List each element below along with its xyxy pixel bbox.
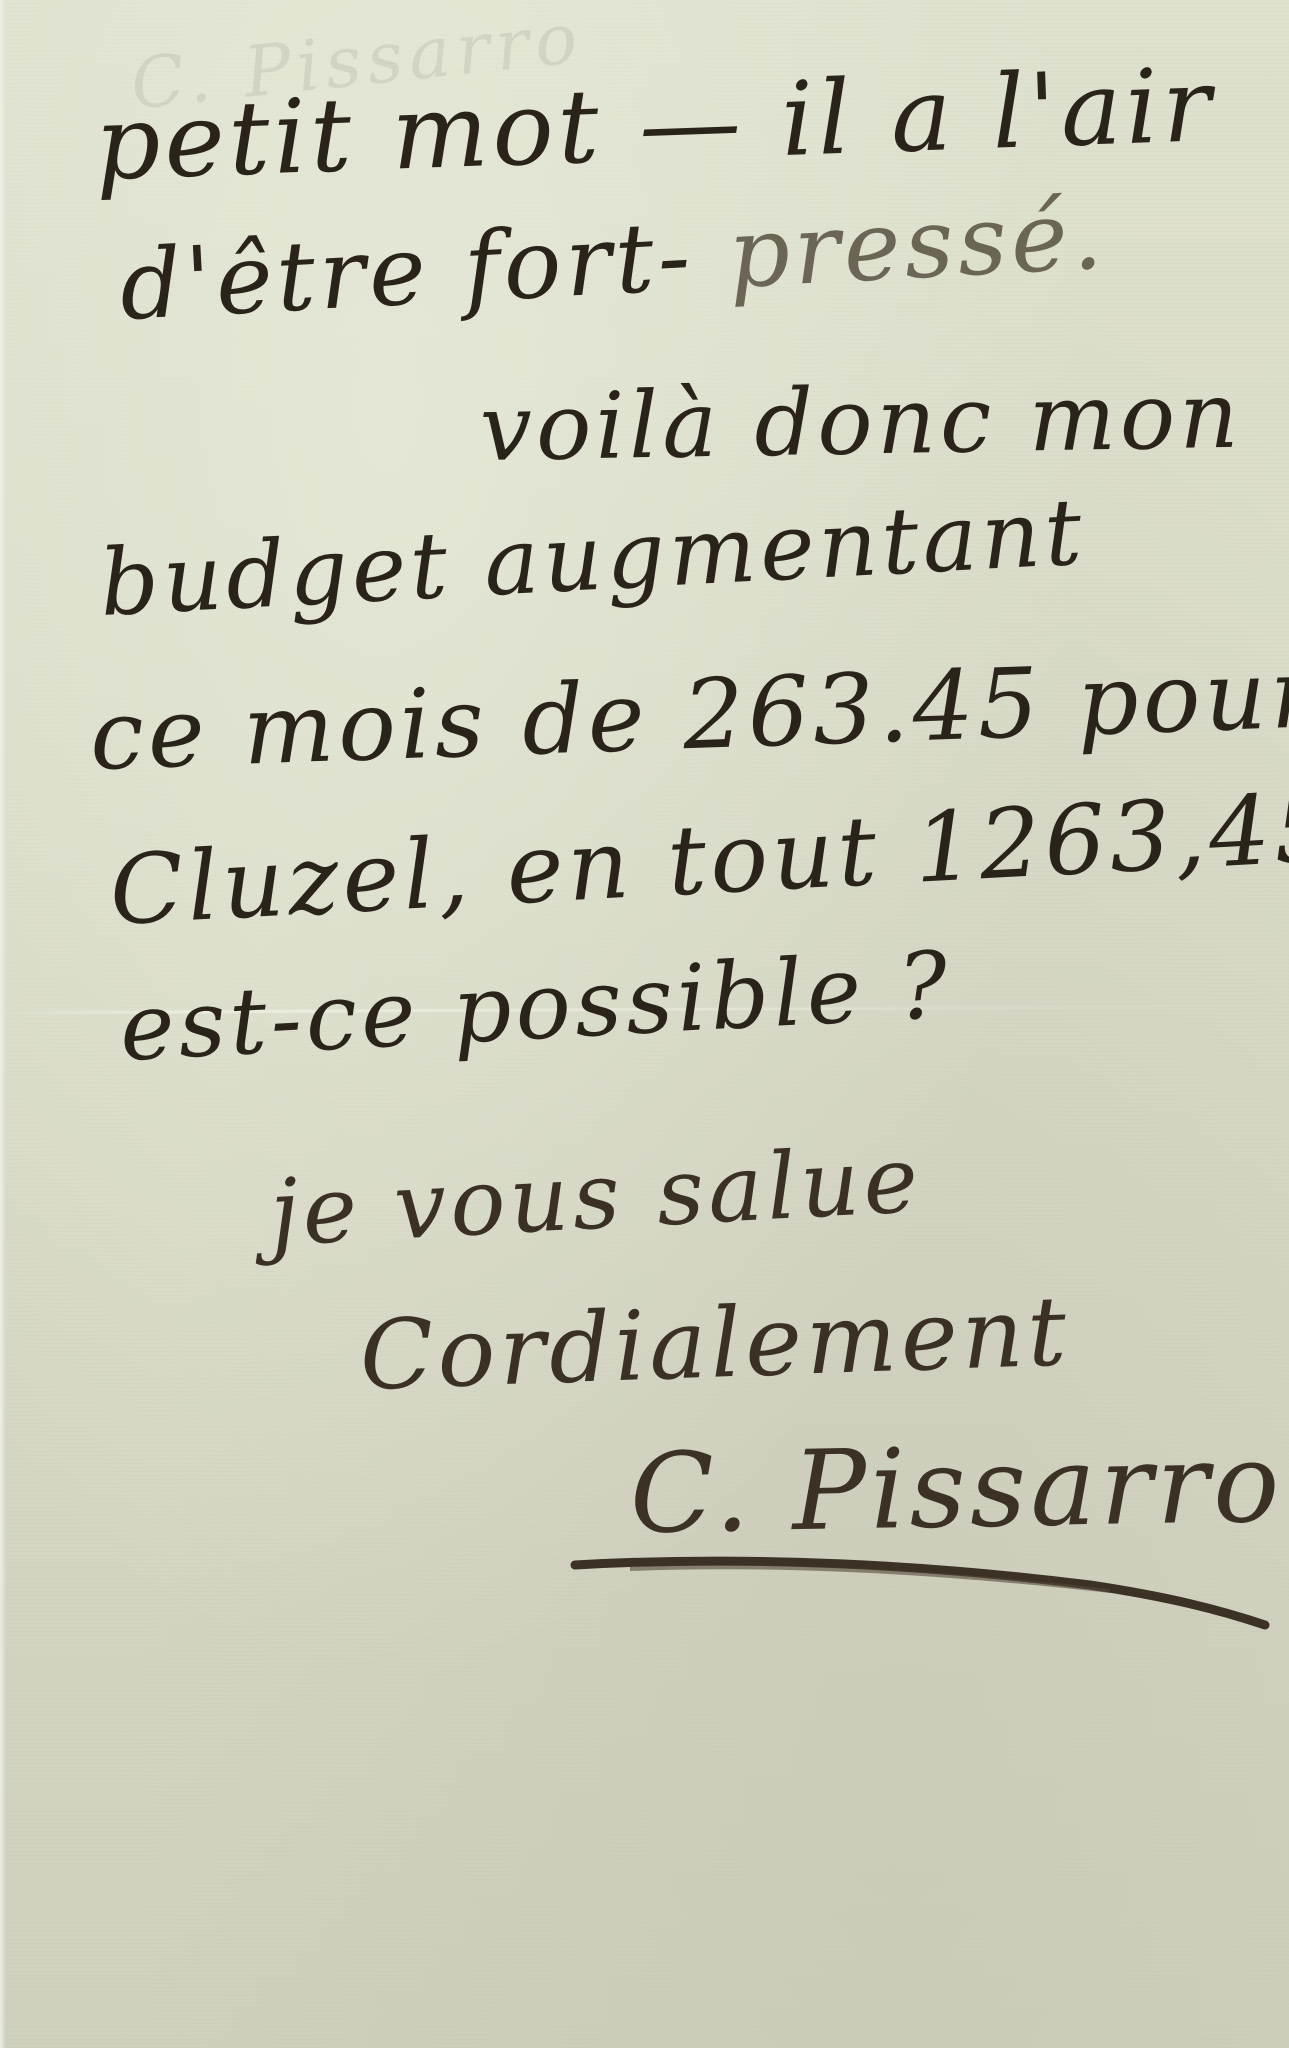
letter-line-2: d'être fort- pressé.: [117, 178, 1109, 342]
closing-line-2: Cordialement: [358, 1275, 1072, 1412]
letter-line-5: ce mois de 263.45 pour: [88, 637, 1289, 792]
letter-line-2-faint: pressé.: [725, 178, 1108, 310]
letter-line-4: budget augmentant: [97, 478, 1088, 636]
letter-page: C. Pissarro petit mot — il a l'air d'êtr…: [0, 0, 1289, 2048]
letter-line-3: voilà donc mon: [479, 362, 1243, 482]
signature-underline-flourish: [570, 1555, 1270, 1635]
letter-line-6: Cluzel, en tout 1263,45: [107, 771, 1289, 947]
signature: C. Pissarro: [629, 1419, 1284, 1558]
letter-line-2-main: d'être fort-: [117, 200, 697, 342]
paper-edge: [0, 0, 6, 2048]
closing-line-1: je vous salue: [267, 1126, 924, 1267]
letter-line-7: est-ce possible ?: [117, 932, 954, 1082]
